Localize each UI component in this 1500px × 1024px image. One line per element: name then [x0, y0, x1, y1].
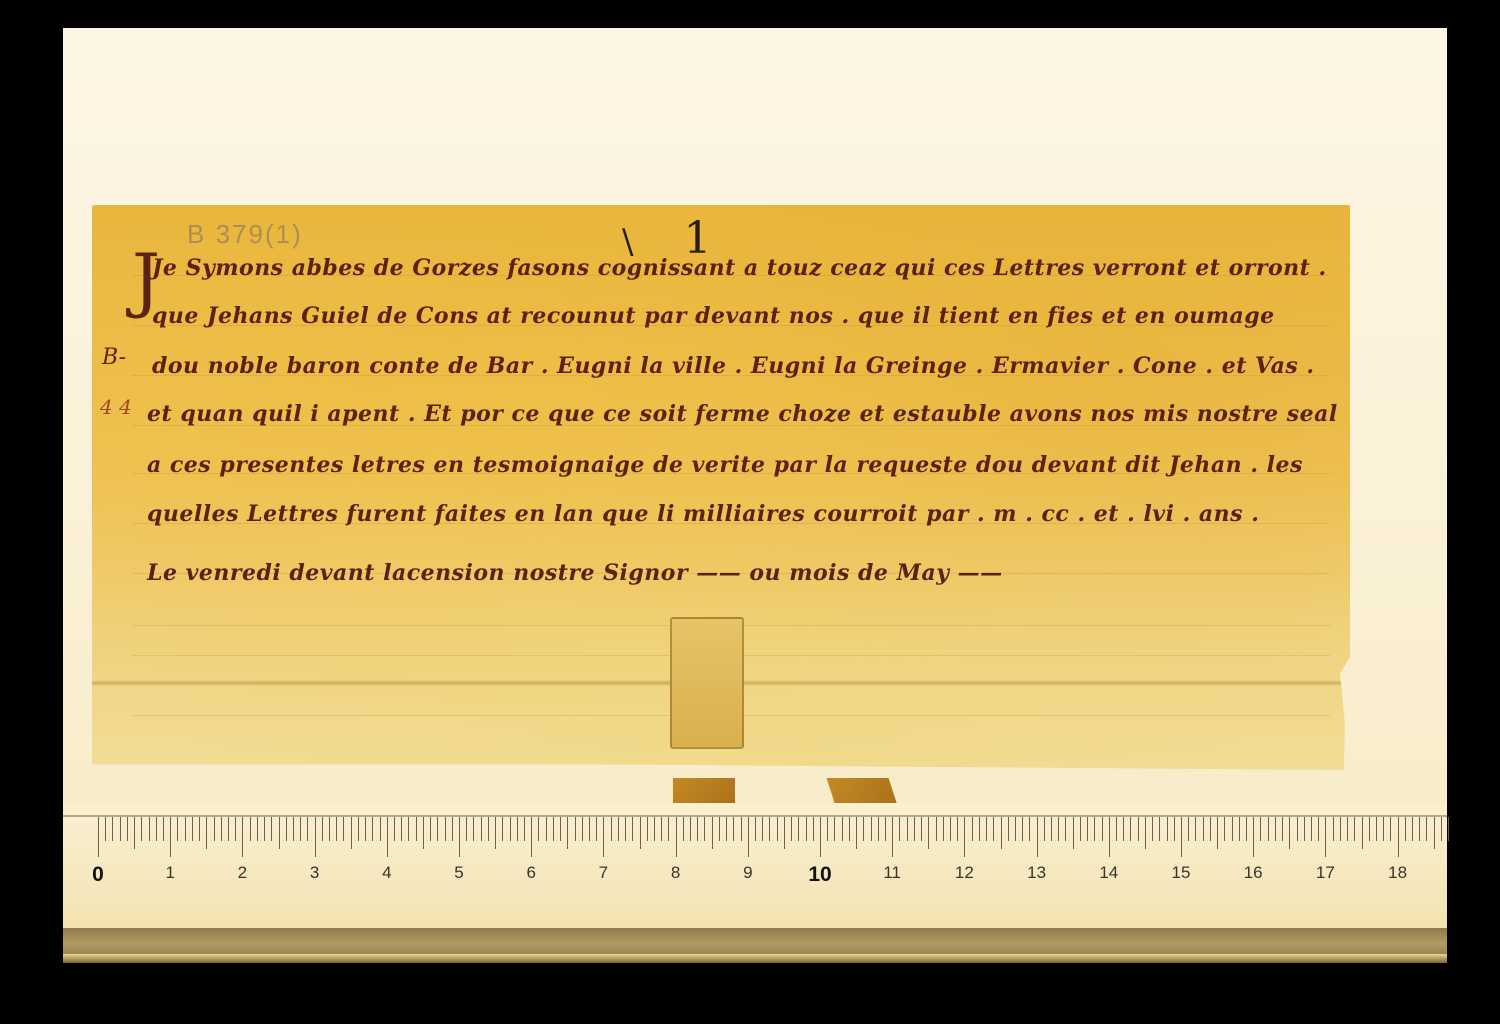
- ruler-tick: [185, 817, 186, 841]
- ruler-label: 7: [599, 863, 608, 883]
- ruler-tick: [351, 817, 352, 849]
- ruler-tick: [791, 817, 792, 841]
- ruler-tick: [1029, 817, 1030, 841]
- ruler-tick: [112, 817, 113, 841]
- text-line-6: quelles Lettres furent faites en lan que…: [147, 501, 1259, 527]
- ruler-tick: [199, 817, 200, 841]
- ruler-tick: [993, 817, 994, 841]
- ruler-tick: [1058, 817, 1059, 841]
- ruler-tick: [1347, 817, 1348, 841]
- ruler-tick: [358, 817, 359, 841]
- ruler-tick: [1188, 817, 1189, 841]
- ruler-tick: [625, 817, 626, 841]
- ruler-label: 2: [238, 863, 247, 883]
- ruler-tick: [892, 817, 893, 857]
- ruler-tick: [1398, 817, 1399, 857]
- ruler-tick: [279, 817, 280, 849]
- ruler-tick: [170, 817, 171, 857]
- ruler-tick: [567, 817, 568, 849]
- ruler-tick: [1448, 817, 1449, 841]
- text-line-1: Je Symons abbes de Gorzes fasons cogniss…: [152, 255, 1327, 281]
- ruler-label: 15: [1172, 863, 1191, 883]
- ruler-label: 0: [92, 863, 104, 887]
- ruler-tick: [336, 817, 337, 841]
- ruler-tick: [1426, 817, 1427, 841]
- ruler-tick: [1001, 817, 1002, 849]
- ruler-tick: [473, 817, 474, 841]
- ruler-tick: [264, 817, 265, 841]
- ruler-tick: [647, 817, 648, 841]
- ruler-tick: [914, 817, 915, 841]
- ruler-tick: [1138, 817, 1139, 841]
- ruler-tick: [1304, 817, 1305, 841]
- ruler-tick: [676, 817, 677, 857]
- ruler-tick: [1383, 817, 1384, 841]
- ruler-tick: [690, 817, 691, 841]
- ruler-tick: [950, 817, 951, 841]
- ruler-label: 14: [1099, 863, 1118, 883]
- ruler-tick: [517, 817, 518, 841]
- ruler-tick: [806, 817, 807, 841]
- text-line-5: a ces presentes letres en tesmoignaige d…: [147, 452, 1303, 478]
- ruler-tick: [120, 817, 121, 841]
- ruler-tick: [250, 817, 251, 841]
- ruler-tick: [1044, 817, 1045, 841]
- ruler-tick: [300, 817, 301, 841]
- ruler-tick: [452, 817, 453, 841]
- ruler-label: 1: [165, 863, 174, 883]
- ruler-tick: [589, 817, 590, 841]
- ruler-tick: [235, 817, 236, 841]
- ruler-tick: [149, 817, 150, 841]
- ruler-tick: [726, 817, 727, 841]
- ruler-label: 4: [382, 863, 391, 883]
- text-line-7: Le venredi devant lacension nostre Signo…: [147, 560, 1003, 586]
- ruler-tick: [979, 817, 980, 841]
- ruler-tick: [423, 817, 424, 849]
- ruler-tick: [921, 817, 922, 841]
- ruler-tick: [1260, 817, 1261, 841]
- ruler-tick: [907, 817, 908, 841]
- ruler-tick: [1145, 817, 1146, 849]
- ruler-label: 5: [454, 863, 463, 883]
- ruler-tick: [271, 817, 272, 841]
- ruler-tick: [1441, 817, 1442, 841]
- ruler-tick: [748, 817, 749, 857]
- ruler-tick: [408, 817, 409, 841]
- ruler-tick: [401, 817, 402, 841]
- text-line-2: que Jehans Guiel de Cons at recounut par…: [152, 303, 1275, 329]
- ruler-tick: [1282, 817, 1283, 841]
- ruler-tick: [134, 817, 135, 849]
- ruler-tick: [1354, 817, 1355, 841]
- ruler-tick: [1232, 817, 1233, 841]
- ruler-tick: [1325, 817, 1326, 857]
- ruler-tick: [856, 817, 857, 849]
- ruler-tick: [156, 817, 157, 841]
- ruler-tick: [214, 817, 215, 841]
- ruler-tick: [964, 817, 965, 857]
- ruler-tick: [1239, 817, 1240, 841]
- ruler-tick: [1080, 817, 1081, 841]
- ruler-tick: [741, 817, 742, 841]
- ruler-tick: [1369, 817, 1370, 841]
- ruler-tick: [661, 817, 662, 841]
- ruler-tick: [596, 817, 597, 841]
- ruler-tick: [1297, 817, 1298, 841]
- ruler-label: 12: [955, 863, 974, 883]
- ruler-tick: [1167, 817, 1168, 841]
- shelfmark: B 379(1): [187, 219, 303, 250]
- ruler-face: 0123456789101112131415161718: [63, 815, 1447, 929]
- ruler-tick: [372, 817, 373, 841]
- ruler-tick: [1217, 817, 1218, 849]
- ruler-tick: [1246, 817, 1247, 841]
- ruler-tick: [611, 817, 612, 841]
- ruler-tick: [524, 817, 525, 841]
- ruler-tick: [1362, 817, 1363, 849]
- ruler-tick: [343, 817, 344, 841]
- ruler-tick: [242, 817, 243, 857]
- ruler-tick: [1412, 817, 1413, 841]
- ruler-tick: [798, 817, 799, 841]
- ruler-tick: [1022, 817, 1023, 841]
- measuring-ruler: 0123456789101112131415161718: [63, 803, 1447, 963]
- ruler-tick: [784, 817, 785, 849]
- ruler-tick: [553, 817, 554, 841]
- ruler-tick: [394, 817, 395, 841]
- ruler-tick: [618, 817, 619, 841]
- ruler-tick: [466, 817, 467, 841]
- ruler-tick: [712, 817, 713, 849]
- ruler-tick: [1065, 817, 1066, 841]
- ruler-tick: [1405, 817, 1406, 841]
- ruler-tick: [733, 817, 734, 841]
- ruler-tick: [899, 817, 900, 841]
- ruler-tick: [1051, 817, 1052, 841]
- ruler-tick: [98, 817, 99, 857]
- ruler-tick: [1376, 817, 1377, 841]
- ruler-tick: [1037, 817, 1038, 857]
- charter-parchment: B 379(1) \1 J B- 4 4 Je Symons abbes de …: [92, 205, 1350, 770]
- ruler-tick: [1116, 817, 1117, 841]
- ruler-tick: [1268, 817, 1269, 841]
- ruler-tick: [878, 817, 879, 841]
- ruler-tick: [928, 817, 929, 849]
- ruler-tick: [329, 817, 330, 841]
- ruler-tick: [582, 817, 583, 841]
- ruler-tick: [1181, 817, 1182, 857]
- text-line-3: dou noble baron conte de Bar . Eugni la …: [152, 353, 1315, 379]
- text-line-4: et quan quil i apent . Et por ce que ce …: [147, 401, 1338, 427]
- ruler-tick: [141, 817, 142, 841]
- ruler-label: 17: [1316, 863, 1335, 883]
- ruler-tick: [777, 817, 778, 841]
- ruler-tick: [105, 817, 106, 841]
- ruler-tick: [177, 817, 178, 841]
- ruler-tick: [192, 817, 193, 841]
- ruler-label: 6: [526, 863, 535, 883]
- ruler-tick: [834, 817, 835, 841]
- ruler-tick: [1109, 817, 1110, 857]
- ruler-label: 9: [743, 863, 752, 883]
- ruler-tick: [827, 817, 828, 841]
- ruler-tick: [531, 817, 532, 857]
- ruler-tick: [430, 817, 431, 841]
- ruler-tick: [842, 817, 843, 841]
- ruler-tick: [683, 817, 684, 841]
- ruler-tick: [849, 817, 850, 841]
- ruler-tick: [820, 817, 821, 857]
- ruler-tick: [286, 817, 287, 841]
- ruler-tick: [307, 817, 308, 841]
- ruler-tick: [755, 817, 756, 841]
- ruler-tick: [293, 817, 294, 841]
- ruler-tick: [459, 817, 460, 857]
- ruler-tick: [538, 817, 539, 841]
- ruler-tick: [1087, 817, 1088, 841]
- ruler-tick: [986, 817, 987, 841]
- ruler-label: 3: [310, 863, 319, 883]
- ruler-tick: [1073, 817, 1074, 849]
- ruler-label: 8: [671, 863, 680, 883]
- ruler-tick: [1159, 817, 1160, 841]
- ruler-tick: [1289, 817, 1290, 849]
- ruler-tick: [445, 817, 446, 841]
- ruler-tick: [762, 817, 763, 841]
- ruler-tick: [380, 817, 381, 841]
- ruler-tick: [1318, 817, 1319, 841]
- ruler-tick: [221, 817, 222, 841]
- ruler-tick: [1434, 817, 1435, 849]
- ruler-label: 18: [1388, 863, 1407, 883]
- ruler-tick: [416, 817, 417, 841]
- ruler-label: 16: [1244, 863, 1263, 883]
- ruler-tick: [387, 817, 388, 857]
- ruler-tick: [206, 817, 207, 849]
- ruler-tick: [546, 817, 547, 841]
- ruler-tick: [1210, 817, 1211, 841]
- ruler-tick: [488, 817, 489, 841]
- ruler-tick: [1094, 817, 1095, 841]
- ruler-tick: [603, 817, 604, 857]
- seal-tag: [670, 617, 744, 749]
- ruler-tick: [813, 817, 814, 841]
- ruler-tick: [127, 817, 128, 841]
- ruler-tick: [704, 817, 705, 841]
- ruler-tick: [871, 817, 872, 841]
- ruler-tick: [365, 817, 366, 841]
- ruler-tick: [1224, 817, 1225, 841]
- ruler-label: 13: [1027, 863, 1046, 883]
- ruler-tick: [1174, 817, 1175, 841]
- ruler-tick: [315, 817, 316, 857]
- ruler-tick: [1015, 817, 1016, 841]
- ruler-tick: [1311, 817, 1312, 841]
- ruler-tick: [437, 817, 438, 841]
- ruler-tick: [863, 817, 864, 841]
- ruler-tick: [1253, 817, 1254, 857]
- ruler-tick: [257, 817, 258, 841]
- ruler-tick: [1130, 817, 1131, 841]
- ruler-tick: [575, 817, 576, 841]
- ruler-tick: [495, 817, 496, 849]
- margin-note-b: B-: [102, 345, 126, 370]
- ruler-tick: [1203, 817, 1204, 841]
- ruler-label: 10: [808, 863, 831, 887]
- ruler-tick: [632, 817, 633, 841]
- ruler-tick: [322, 817, 323, 841]
- ruler-tick: [1340, 817, 1341, 841]
- ruler-tick: [943, 817, 944, 841]
- ruler-tick: [1152, 817, 1153, 841]
- ruler-tick: [885, 817, 886, 841]
- ruler-tick: [668, 817, 669, 841]
- ruler-tick: [972, 817, 973, 841]
- ruler-tick: [1390, 817, 1391, 841]
- ruler-label: 11: [883, 863, 901, 883]
- ruler-rail: [63, 928, 1447, 954]
- ruler-tick: [510, 817, 511, 841]
- ruler-tick: [228, 817, 229, 841]
- ruler-tick: [1195, 817, 1196, 841]
- ruler-tick: [1275, 817, 1276, 841]
- ruler-tick: [1123, 817, 1124, 841]
- ruler-tick: [1419, 817, 1420, 841]
- ruler-tick: [560, 817, 561, 841]
- ruler-tick: [936, 817, 937, 841]
- ruler-tick: [957, 817, 958, 841]
- margin-note-red: 4 4: [100, 395, 132, 419]
- ruler-tick: [1008, 817, 1009, 841]
- ruler-tick: [697, 817, 698, 841]
- ruler-tick: [502, 817, 503, 841]
- ruler-tick: [719, 817, 720, 841]
- ruler-tick: [654, 817, 655, 841]
- ruler-base: [63, 954, 1447, 963]
- ruler-tick: [1333, 817, 1334, 841]
- ruler-tick: [769, 817, 770, 841]
- ruler-tick: [1102, 817, 1103, 841]
- ruler-tick: [481, 817, 482, 841]
- ruler-tick: [640, 817, 641, 849]
- ruler-tick: [163, 817, 164, 841]
